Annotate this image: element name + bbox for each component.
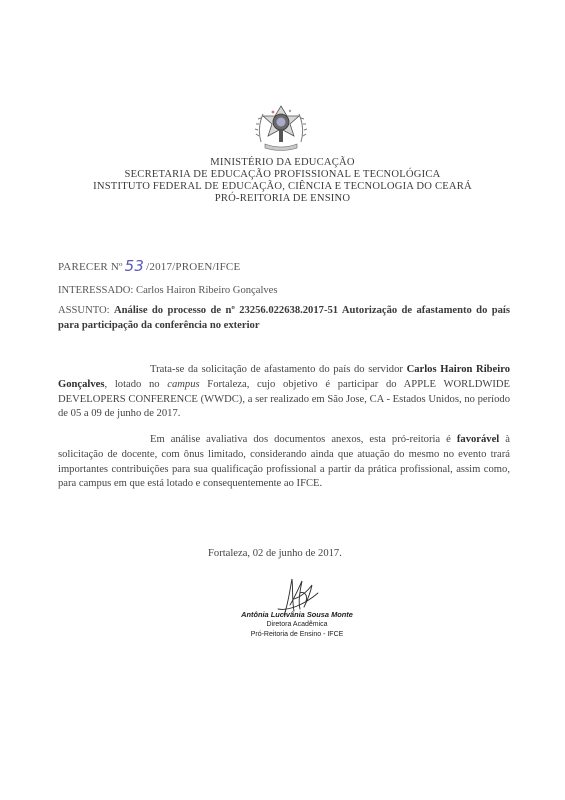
parecer-suffix: /2017/PROEN/IFCE bbox=[146, 261, 240, 273]
paragraph1-text: , lotado no bbox=[105, 379, 168, 390]
assunto-line: ASSUNTO: Análise do processo de nº 23256… bbox=[58, 303, 510, 333]
ministry-line: MINISTÉRIO DA EDUCAÇÃO bbox=[0, 157, 565, 169]
department-line: PRÓ-REITORIA DE ENSINO bbox=[0, 193, 565, 205]
campus-word: campus bbox=[167, 379, 199, 390]
document-page: MINISTÉRIO DA EDUCAÇÃO SECRETARIA DE EDU… bbox=[0, 0, 565, 800]
paragraph1-text: Trata-se da solicitação de afastamento d… bbox=[150, 364, 407, 375]
paragraph2-text: Em análise avaliativa dos documentos ane… bbox=[150, 434, 457, 445]
parecer-handwritten-number: 53 bbox=[125, 257, 145, 275]
brazil-coat-of-arms-icon bbox=[253, 102, 309, 154]
favorable-word: favorável bbox=[457, 434, 499, 445]
institute-line: INSTITUTO FEDERAL DE EDUCAÇÃO, CIÊNCIA E… bbox=[0, 181, 565, 193]
body-paragraph-2: Em análise avaliativa dos documentos ane… bbox=[58, 433, 510, 492]
interessado-value: Carlos Hairon Ribeiro Gonçalves bbox=[136, 285, 278, 296]
parecer-prefix: PARECER Nº bbox=[58, 261, 123, 273]
letterhead: MINISTÉRIO DA EDUCAÇÃO SECRETARIA DE EDU… bbox=[0, 157, 565, 205]
signer-title: Diretora Acadêmica bbox=[232, 620, 362, 630]
secretariat-line: SECRETARIA DE EDUCAÇÃO PROFISSIONAL E TE… bbox=[0, 169, 565, 181]
signer-department: Pró-Reitoria de Ensino - IFCE bbox=[232, 630, 362, 640]
signature-block: Antônia Lucivânia Sousa Monte Diretora A… bbox=[232, 610, 362, 640]
assunto-value: Análise do processo de nº 23256.022638.2… bbox=[58, 305, 510, 331]
interessado-label: INTERESSADO: bbox=[58, 285, 133, 296]
signer-name: Antônia Lucivânia Sousa Monte bbox=[232, 610, 362, 620]
date-line: Fortaleza, 02 de junho de 2017. bbox=[208, 548, 342, 559]
interessado-line: INTERESSADO: Carlos Hairon Ribeiro Gonça… bbox=[58, 285, 278, 296]
parecer-number-line: PARECER Nº53/2017/PROEN/IFCE bbox=[58, 256, 240, 274]
assunto-label: ASSUNTO: bbox=[58, 305, 110, 316]
body-paragraph-1: Trata-se da solicitação de afastamento d… bbox=[58, 363, 510, 422]
